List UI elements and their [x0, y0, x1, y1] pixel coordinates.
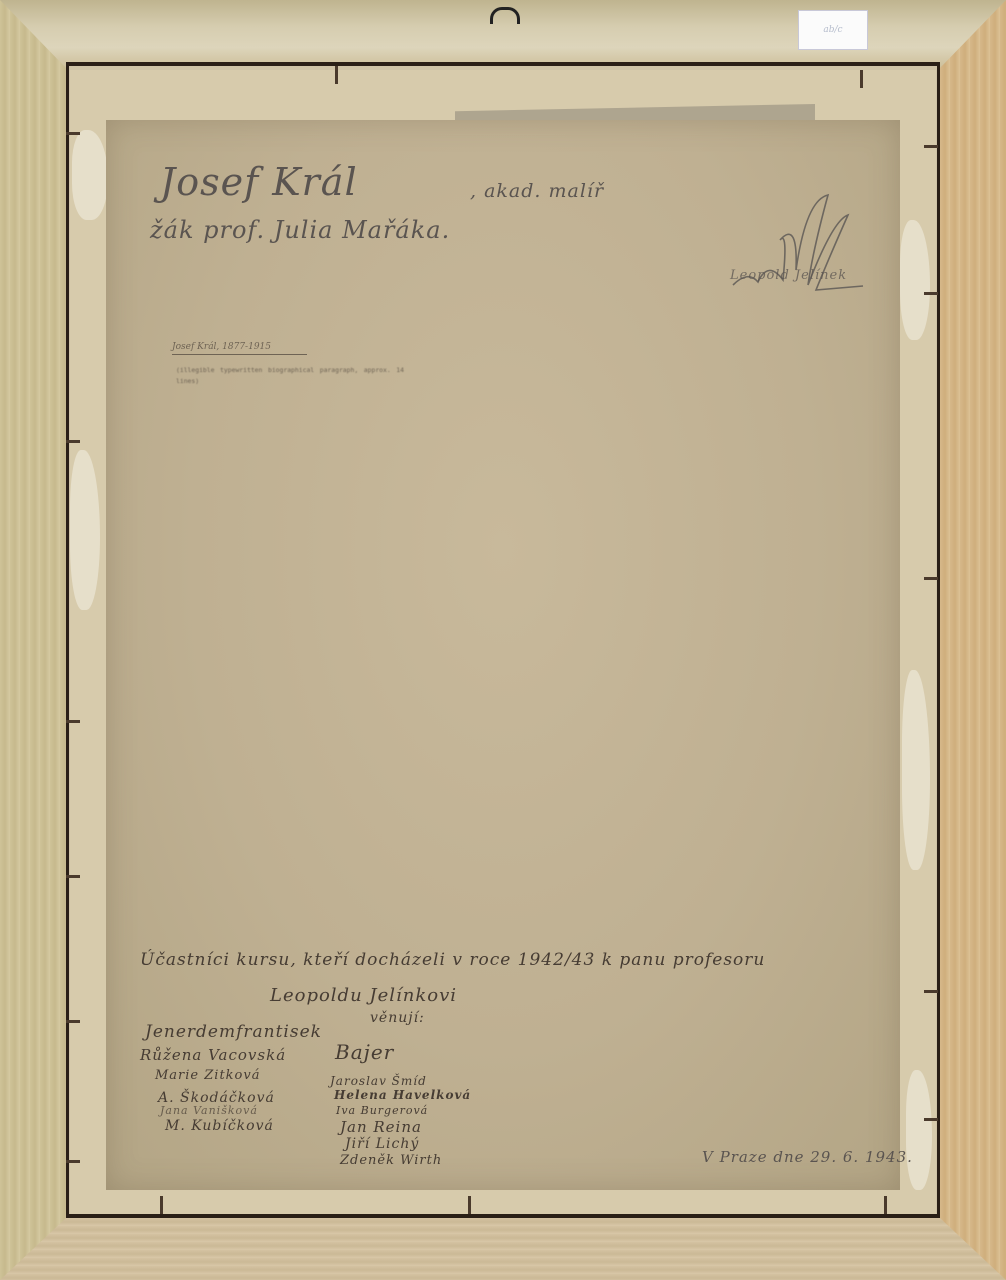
artist-title: , akad. malíř	[470, 180, 604, 202]
nail-icon	[66, 720, 80, 723]
nail-icon	[468, 1196, 471, 1214]
dedication-line-3: věnují:	[370, 1010, 425, 1026]
signature-right: Iva Burgerová	[336, 1104, 428, 1117]
typed-note-body: (illegible typewritten biographical para…	[176, 365, 404, 386]
nail-icon	[860, 70, 863, 88]
nail-icon	[924, 1118, 938, 1121]
frame-left-rail	[0, 0, 66, 1280]
nail-icon	[66, 132, 80, 135]
hanging-hook-icon	[490, 7, 520, 24]
signature-text: Leopold Jelínek	[730, 268, 847, 283]
signature-right: Jan Reina	[340, 1118, 422, 1136]
artist-teacher: žák prof. Julia Mařáka.	[150, 216, 450, 244]
nail-icon	[66, 440, 80, 443]
signature-left: Marie Zitková	[155, 1068, 260, 1083]
frame-bottom-rail	[0, 1218, 1006, 1280]
paper-tear	[902, 670, 930, 870]
signature-left: Jenerdemfrantisek	[145, 1022, 322, 1042]
dedication-line-1: Účastníci kursu, kteří docházeli v roce …	[140, 950, 765, 970]
dedication-line-2: Leopoldu Jelínkovi	[270, 985, 457, 1006]
nail-icon	[335, 66, 338, 84]
signature-left: Jana Vanišková	[160, 1104, 258, 1117]
picture-frame-back: ab/c Josef Král , akad. malíř žák prof. …	[0, 0, 1006, 1280]
nail-icon	[160, 1196, 163, 1214]
signature-mark	[728, 190, 868, 300]
signature-left: M. Kubíčková	[165, 1118, 274, 1134]
paper-tear	[906, 1070, 932, 1190]
inventory-label: ab/c	[798, 10, 868, 50]
signature-left: Růžena Vacovská	[140, 1046, 286, 1064]
paper-tear	[900, 220, 930, 340]
nail-icon	[924, 990, 938, 993]
typed-note-title: Josef Král, 1877-1915	[172, 342, 307, 355]
nail-icon	[66, 1160, 80, 1163]
nail-icon	[66, 875, 80, 878]
signature-right: Jiří Lichý	[345, 1136, 419, 1152]
frame-right-rail	[940, 0, 1006, 1280]
nail-icon	[924, 145, 938, 148]
signature-right: Zdeněk Wirth	[340, 1153, 442, 1168]
nail-icon	[924, 292, 938, 295]
paper-tear	[72, 130, 108, 220]
signature-right: Jaroslav Šmíd	[330, 1074, 427, 1088]
place-date: V Praze dne 29. 6. 1943.	[702, 1148, 913, 1166]
artist-name: Josef Král	[160, 160, 358, 204]
nail-icon	[66, 1020, 80, 1023]
signature-right: Helena Havelková	[334, 1088, 471, 1102]
signature-right: Bajer	[335, 1040, 394, 1064]
nail-icon	[884, 1196, 887, 1214]
nail-icon	[924, 577, 938, 580]
paper-tear	[70, 450, 100, 610]
